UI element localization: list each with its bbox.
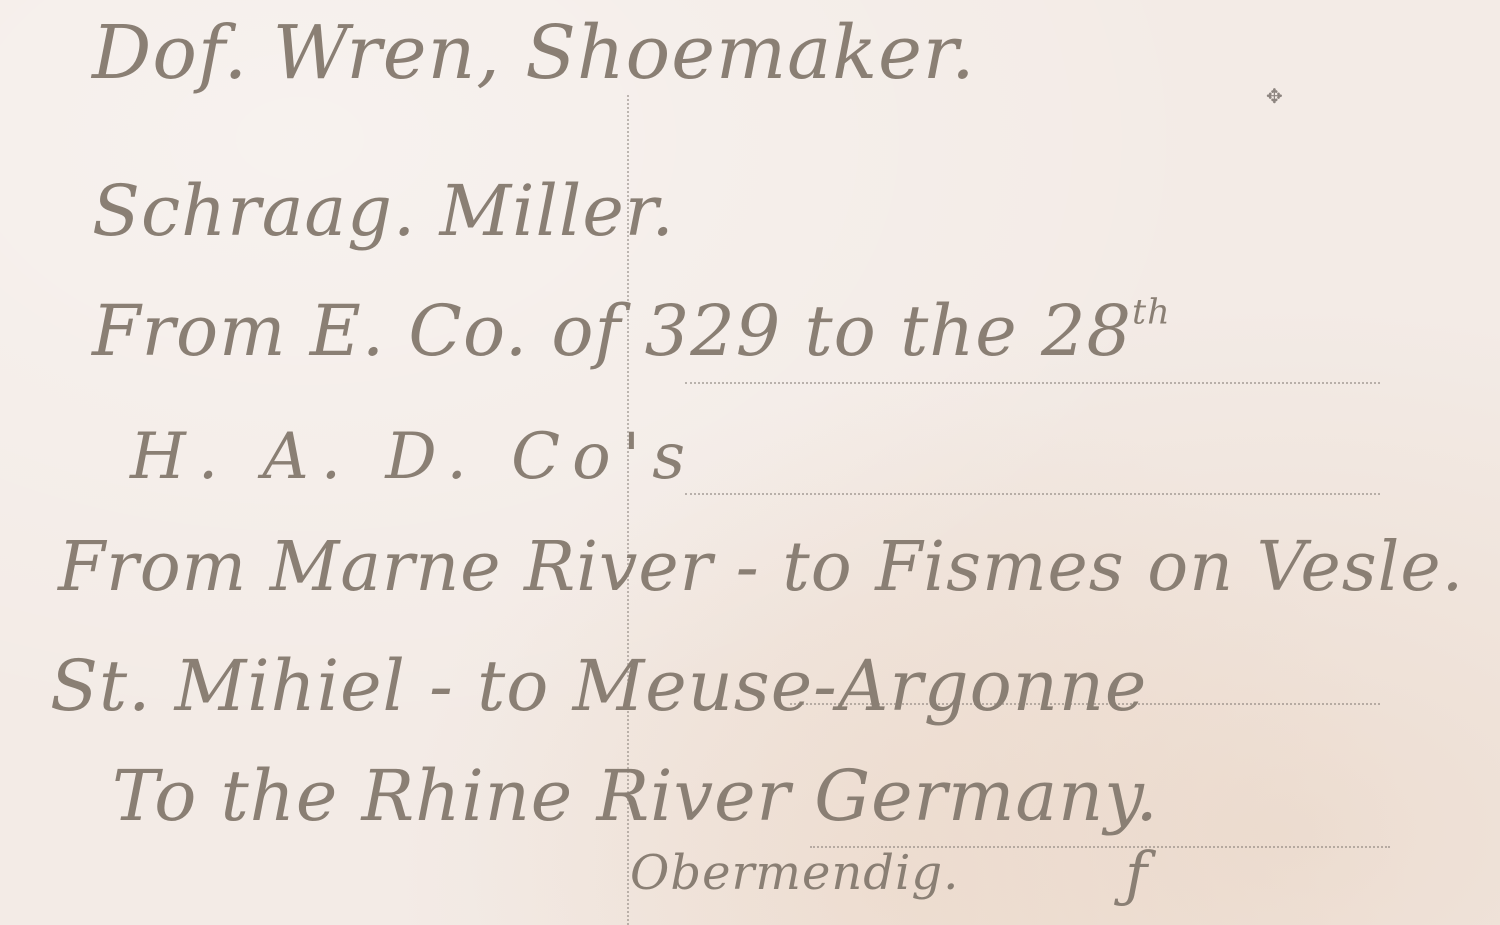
stamp-corner-icon: ✥ [1266,86,1283,106]
ordinal-superscript: th [1132,293,1171,333]
signature-flourish: ƒ [1125,840,1147,910]
address-rule-1 [685,382,1380,384]
address-rule-2 [685,493,1380,495]
handwritten-line-3: From E. Co. of 329 to the 28th [92,290,1171,372]
handwritten-line-1: Dof. Wren, Shoemaker. [92,10,976,96]
handwritten-line-5: From Marne River - to Fismes on Vesle. [58,528,1464,607]
handwritten-line-7: To the Rhine River Germany. [112,755,1159,837]
handwritten-line-8: Obermendig. [630,845,959,901]
handwritten-line-4: H. A. D. Co's [130,420,697,494]
handwritten-line-6: St. Mihiel - to Meuse-Argonne [50,645,1147,727]
line-3-part-a: From E. Co. of 329 [92,290,781,372]
line-3-part-b: to the 28 [781,290,1132,372]
handwritten-line-2: Schraag. Miller. [92,170,675,252]
